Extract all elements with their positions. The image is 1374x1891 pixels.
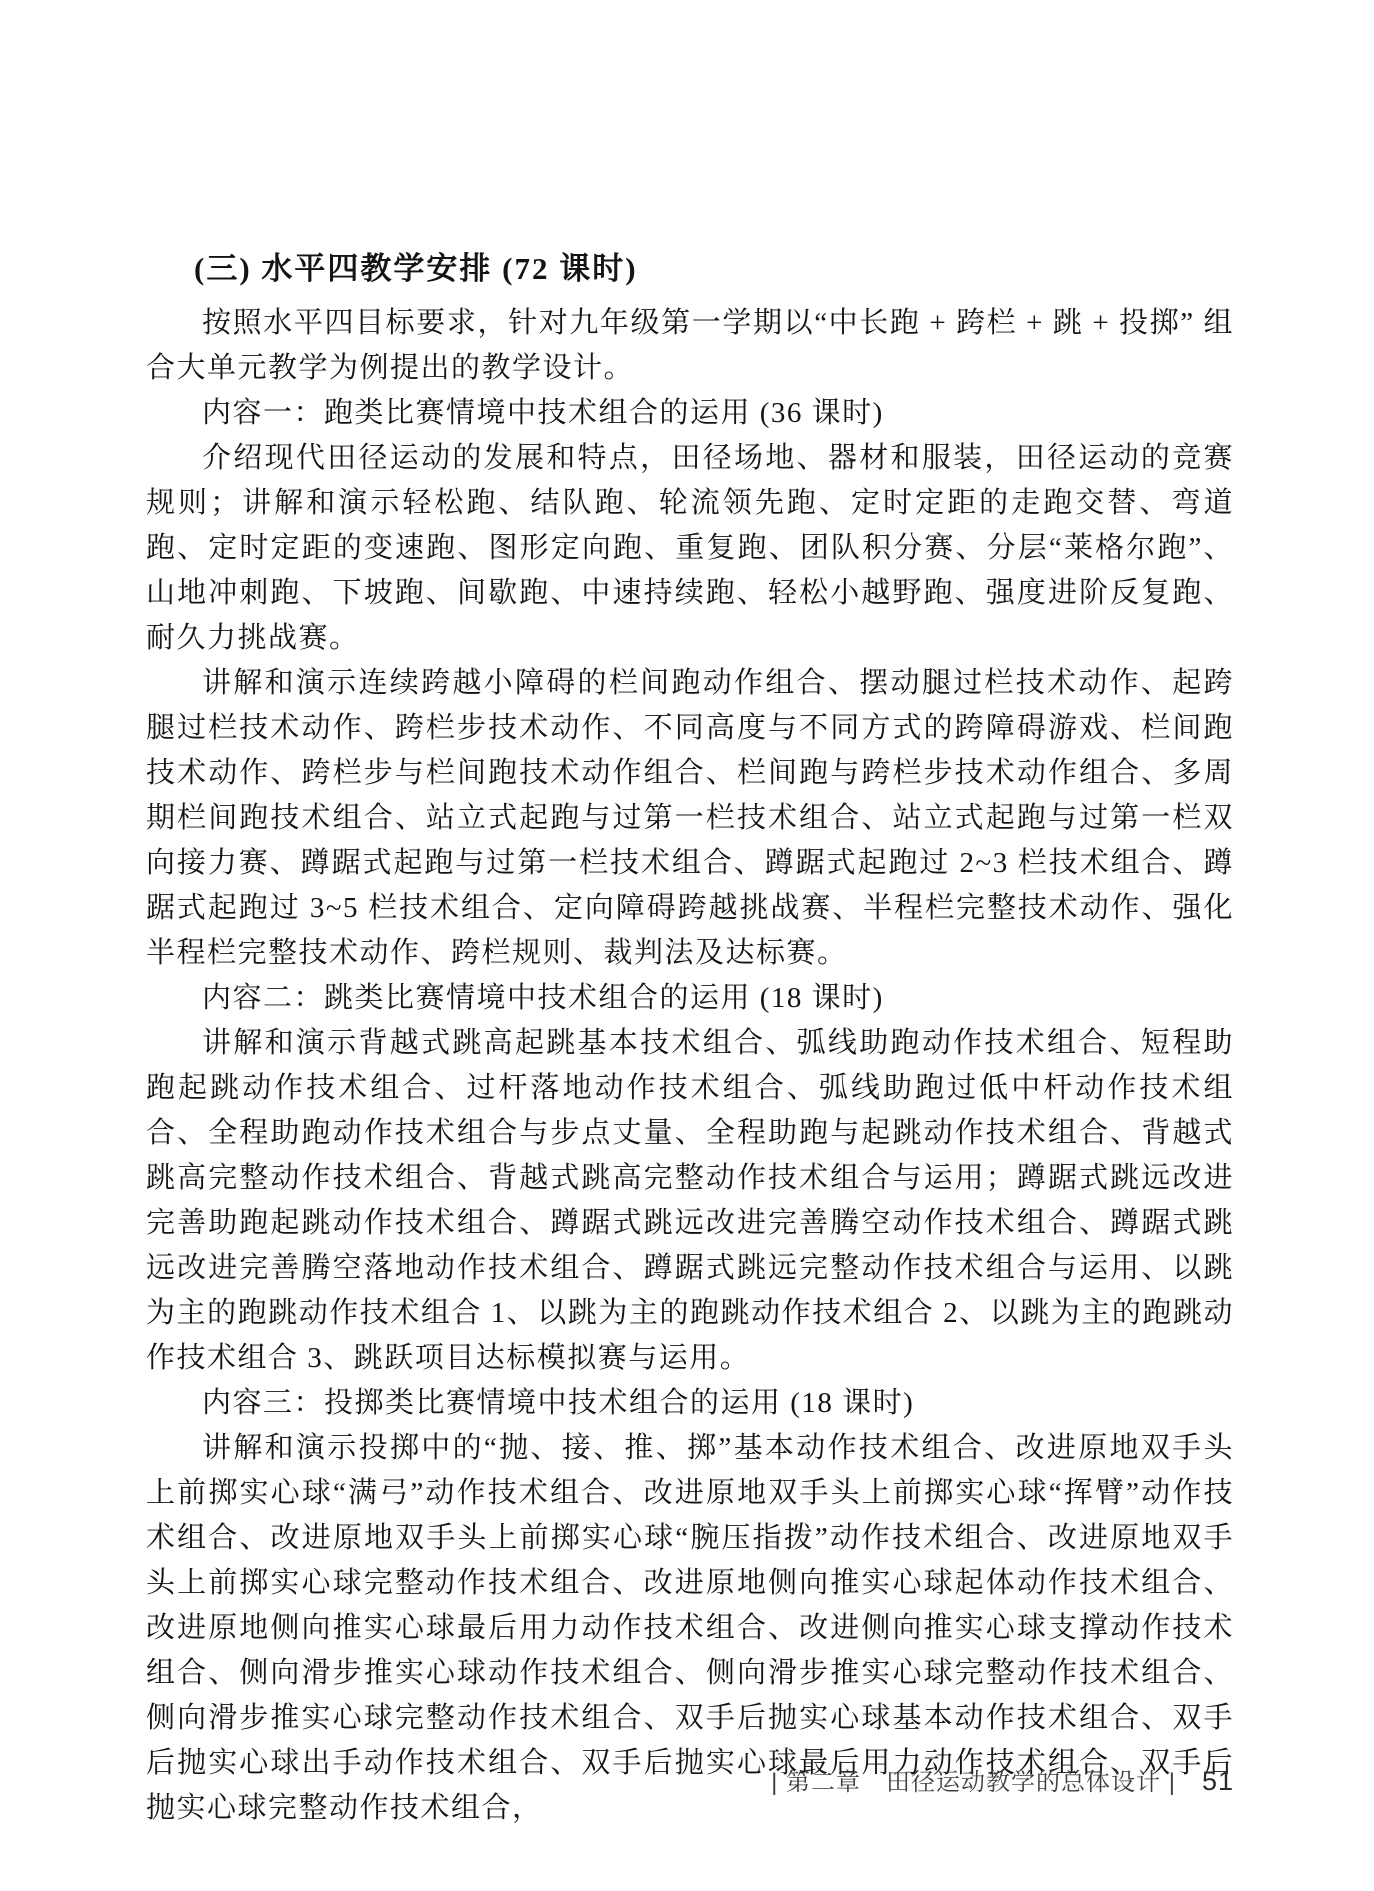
book-page: (三) 水平四教学安排 (72 课时) 按照水平四目标要求，针对九年级第一学期以… [0,0,1374,1891]
paragraph-jumping-content: 讲解和演示背越式跳高起跳基本技术组合、弧线助跑动作技术组合、短程助跑起跳动作技术… [146,1021,1234,1381]
content-three-heading: 内容三：投掷类比赛情境中技术组合的运用 (18 课时) [146,1381,1234,1426]
paragraph-hurdles-content: 讲解和演示连续跨越小障碍的栏间跑动作组合、摆动腿过栏技术动作、起跨腿过栏技术动作… [146,661,1234,976]
paragraph-running-content: 介绍现代田径运动的发展和特点，田径场地、器材和服装，田径运动的竞赛规则；讲解和演… [146,436,1234,661]
content-two-heading: 内容二：跳类比赛情境中技术组合的运用 (18 课时) [146,976,1234,1021]
footer-chapter-title: | 第二章 田径运动教学的总体设计 | [771,1762,1176,1797]
page-footer: | 第二章 田径运动教学的总体设计 | 51 [771,1762,1234,1797]
paragraph-overview: 按照水平四目标要求，针对九年级第一学期以“中长跑 + 跨栏 + 跳 + 投掷” … [146,301,1234,391]
section-heading: (三) 水平四教学安排 (72 课时) [146,243,1234,288]
page-content: (三) 水平四教学安排 (72 课时) 按照水平四目标要求，针对九年级第一学期以… [146,243,1234,1831]
content-one-heading: 内容一：跑类比赛情境中技术组合的运用 (36 课时) [146,391,1234,436]
footer-page-number: 51 [1202,1766,1234,1797]
